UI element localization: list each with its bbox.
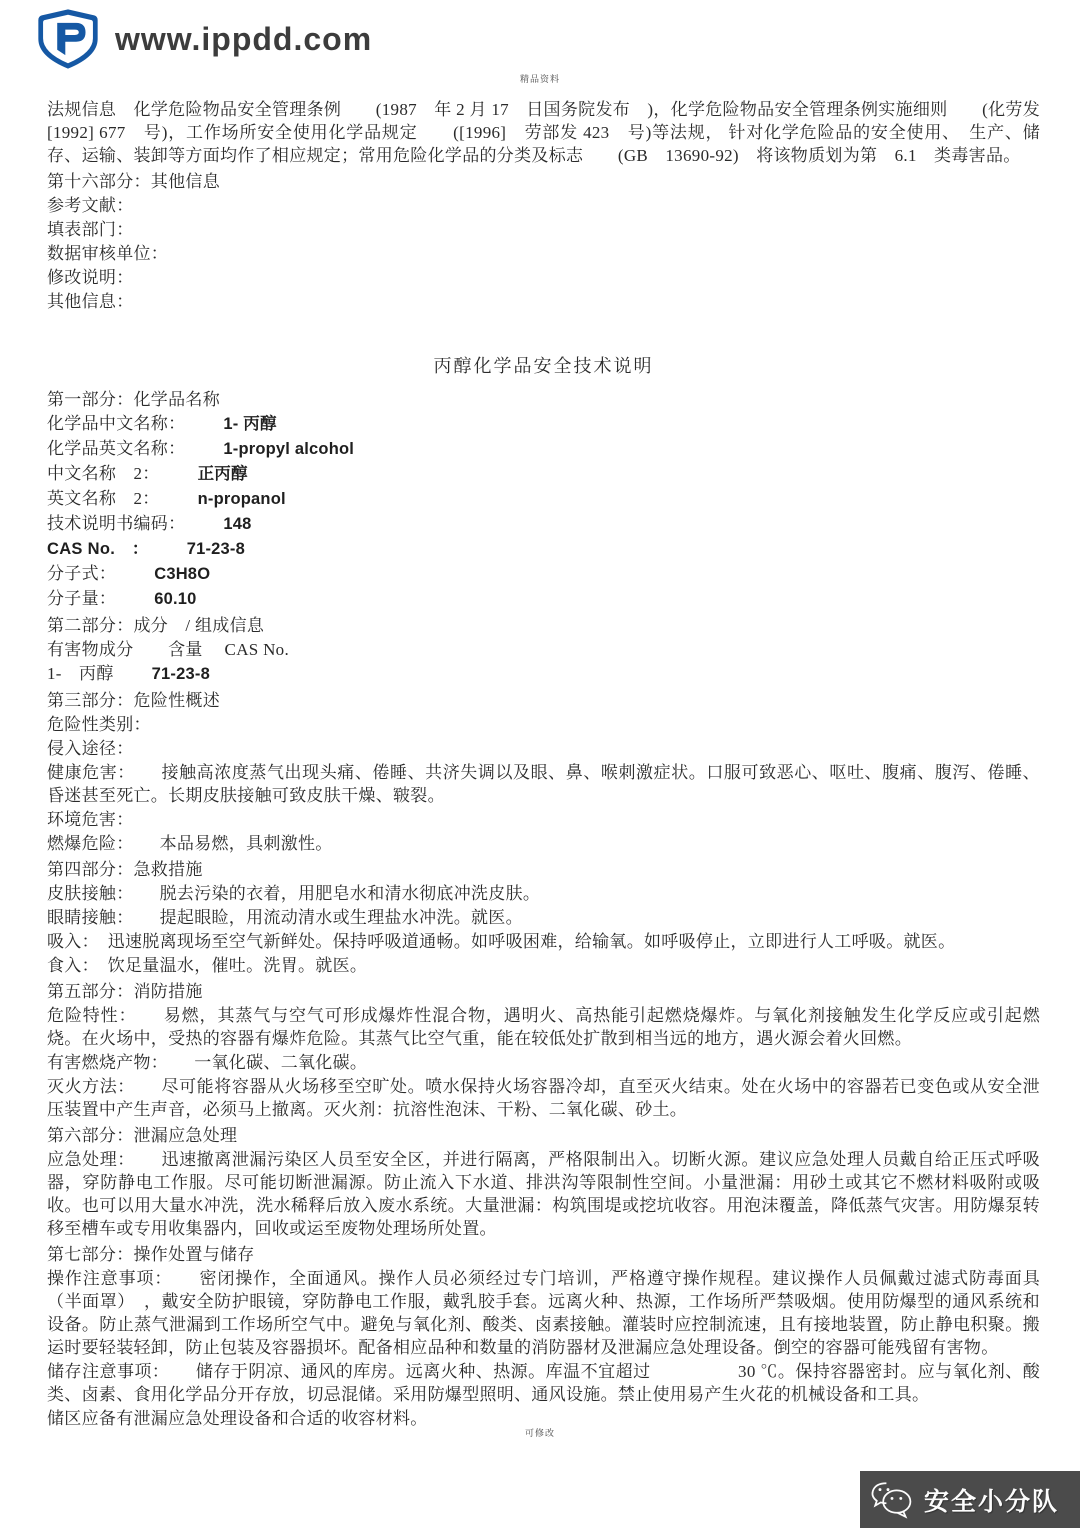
field-label: 分子式： — [47, 564, 116, 583]
paragraph: 储存注意事项： 储存于阴凉、通风的库房。远离火种、热源。库温不宜超过 30 ℃。… — [47, 1360, 1040, 1406]
field-value: n-propanol — [198, 490, 286, 508]
paragraph: 灭火方法： 尽可能将容器从火场移至空旷处。喷水保持火场容器冷却，直至灭火结束。处… — [47, 1075, 1040, 1121]
section-heading: 第七部分：操作处置与储存 — [47, 1243, 1040, 1266]
field-value: 71-23-8 — [152, 665, 210, 683]
field-label: CAS No. ： — [47, 540, 149, 558]
paragraph: 危险特性： 易燃，其蒸气与空气可形成爆炸性混合物，遇明火、高热能引起燃烧爆炸。与… — [47, 1004, 1040, 1050]
field-value: 1- 丙醇 — [223, 415, 276, 433]
text-line: 食入： 饮足量温水，催吐。洗胃。就医。 — [47, 954, 1040, 977]
field-label: 技术说明书编码： — [47, 514, 185, 533]
text-line: 参考文献： — [47, 194, 1040, 217]
text-line: 有害物成分 含量 CAS No. — [47, 638, 1040, 661]
text-line: 修改说明： — [47, 266, 1040, 289]
watermark-label: 安全小分队 — [924, 1482, 1059, 1518]
field-label: 分子量： — [47, 589, 116, 608]
field-label: 中文名称 2： — [47, 464, 160, 483]
section-heading: 第三部分：危险性概述 — [47, 689, 1040, 712]
paragraph: 操作注意事项： 密闭操作，全面通风。操作人员必须经过专门培训，严格遵守操作规程。… — [47, 1267, 1040, 1359]
section-heading: 第二部分：成分 / 组成信息 — [47, 614, 1040, 637]
section-heading: 第五部分：消防措施 — [47, 980, 1040, 1003]
field-row: 分子式：C3H8O — [47, 562, 1040, 586]
field-value: 148 — [223, 515, 251, 533]
paragraph: 法规信息 化学危险物品安全管理条例 (1987 年 2 月 17 日国务院发布 … — [47, 98, 1040, 167]
field-row: 技术说明书编码：148 — [47, 512, 1040, 536]
text-line: 皮肤接触： 脱去污染的衣着，用肥皂水和清水彻底冲洗皮肤。 — [47, 882, 1040, 905]
text-line: 数据审核单位： — [47, 242, 1040, 265]
field-value: 1-propyl alcohol — [223, 440, 354, 458]
field-row: 1- 丙醇71-23-8 — [47, 662, 1040, 686]
paragraph: 应急处理： 迅速撤离泄漏污染区人员至安全区，并进行隔离，严格限制出入。切断火源。… — [47, 1148, 1040, 1240]
field-label: 化学品中文名称： — [47, 414, 185, 433]
section-heading: 第十六部分：其他信息 — [47, 170, 1040, 193]
field-row: 化学品中文名称：1- 丙醇 — [47, 412, 1040, 436]
field-row: 化学品英文名称：1-propyl alcohol — [47, 437, 1040, 461]
shield-logo-icon — [33, 8, 103, 70]
text-line: 眼睛接触： 提起眼睑，用流动清水或生理盐水冲洗。就医。 — [47, 906, 1040, 929]
field-value: 正丙醇 — [198, 465, 248, 483]
text-line: 侵入途径： — [47, 737, 1040, 760]
page-mark-bottom: 可修改 — [0, 1426, 1080, 1439]
site-url: www.ippdd.com — [115, 21, 372, 58]
field-value: 71-23-8 — [187, 540, 245, 558]
section-heading: 第一部分：化学品名称 — [47, 388, 1040, 411]
field-label: 英文名称 2： — [47, 489, 160, 508]
text-line: 其他信息： — [47, 290, 1040, 313]
wechat-icon — [868, 1480, 916, 1520]
text-line: 吸入： 迅速脱离现场至空气新鲜处。保持呼吸道通畅。如呼吸困难，给输氧。如呼吸停止… — [47, 930, 1040, 953]
section-heading: 第四部分：急救措施 — [47, 858, 1040, 881]
document-title: 丙醇化学品安全技术说明 — [47, 355, 1040, 378]
page-mark-top: 精品资料 — [0, 72, 1080, 85]
field-value: 60.10 — [154, 590, 196, 608]
field-value: C3H8O — [154, 565, 210, 583]
text-line: 危险性类别： — [47, 713, 1040, 736]
text-line: 填表部门： — [47, 218, 1040, 241]
field-row: 英文名称 2：n-propanol — [47, 487, 1040, 511]
section-heading: 第六部分：泄漏应急处理 — [47, 1124, 1040, 1147]
site-header: www.ippdd.com — [0, 0, 1080, 70]
document-body: 法规信息 化学危险物品安全管理条例 (1987 年 2 月 17 日国务院发布 … — [0, 85, 1080, 1430]
field-row: 分子量：60.10 — [47, 587, 1040, 611]
text-line: 环境危害： — [47, 808, 1040, 831]
document-page: www.ippdd.com 精品资料 法规信息 化学危险物品安全管理条例 (19… — [0, 0, 1080, 1528]
watermark-badge: 安全小分队 — [860, 1471, 1080, 1528]
field-row: 中文名称 2：正丙醇 — [47, 462, 1040, 486]
field-label: 1- 丙醇 — [47, 664, 114, 683]
field-row: CAS No. ：71-23-8 — [47, 537, 1040, 561]
text-line: 有害燃烧产物： 一氧化碳、二氧化碳。 — [47, 1051, 1040, 1074]
field-label: 化学品英文名称： — [47, 439, 185, 458]
paragraph: 健康危害： 接触高浓度蒸气出现头痛、倦睡、共济失调以及眼、鼻、喉刺激症状。口服可… — [47, 761, 1040, 807]
text-line: 燃爆危险： 本品易燃，具刺激性。 — [47, 832, 1040, 855]
